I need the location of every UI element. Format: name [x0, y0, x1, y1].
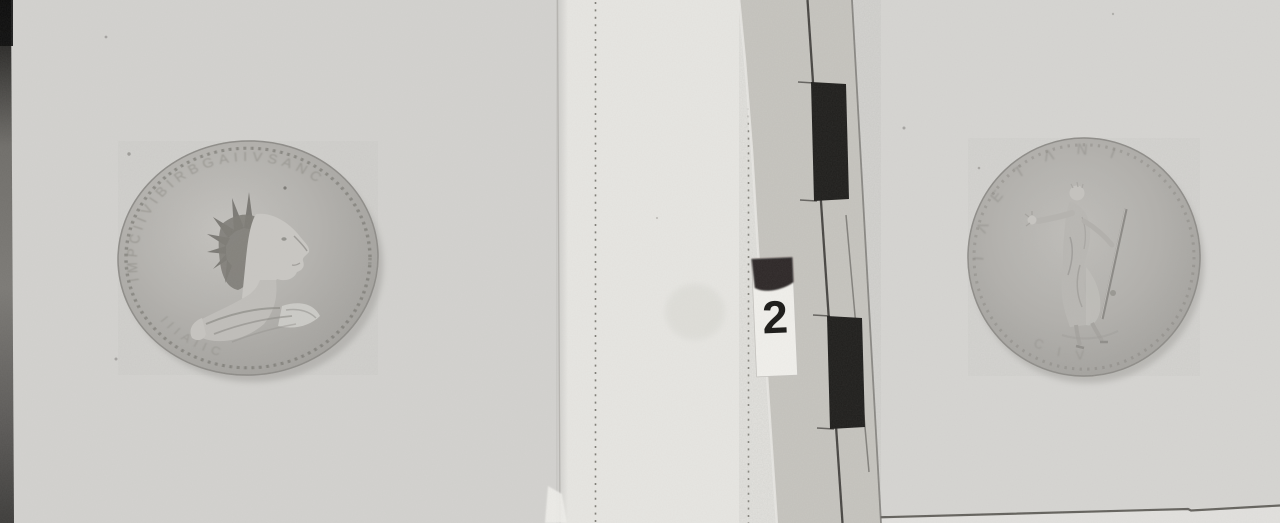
photo-grain-overlay [0, 0, 1280, 523]
coin-photograph: 2 IMPCIIVIBIRBGAIIVSANC IIIAIIC [0, 0, 1280, 523]
photo-canvas: 2 IMPCIIVIBIRBGAIIVSANC IIIAIIC [0, 0, 1280, 523]
